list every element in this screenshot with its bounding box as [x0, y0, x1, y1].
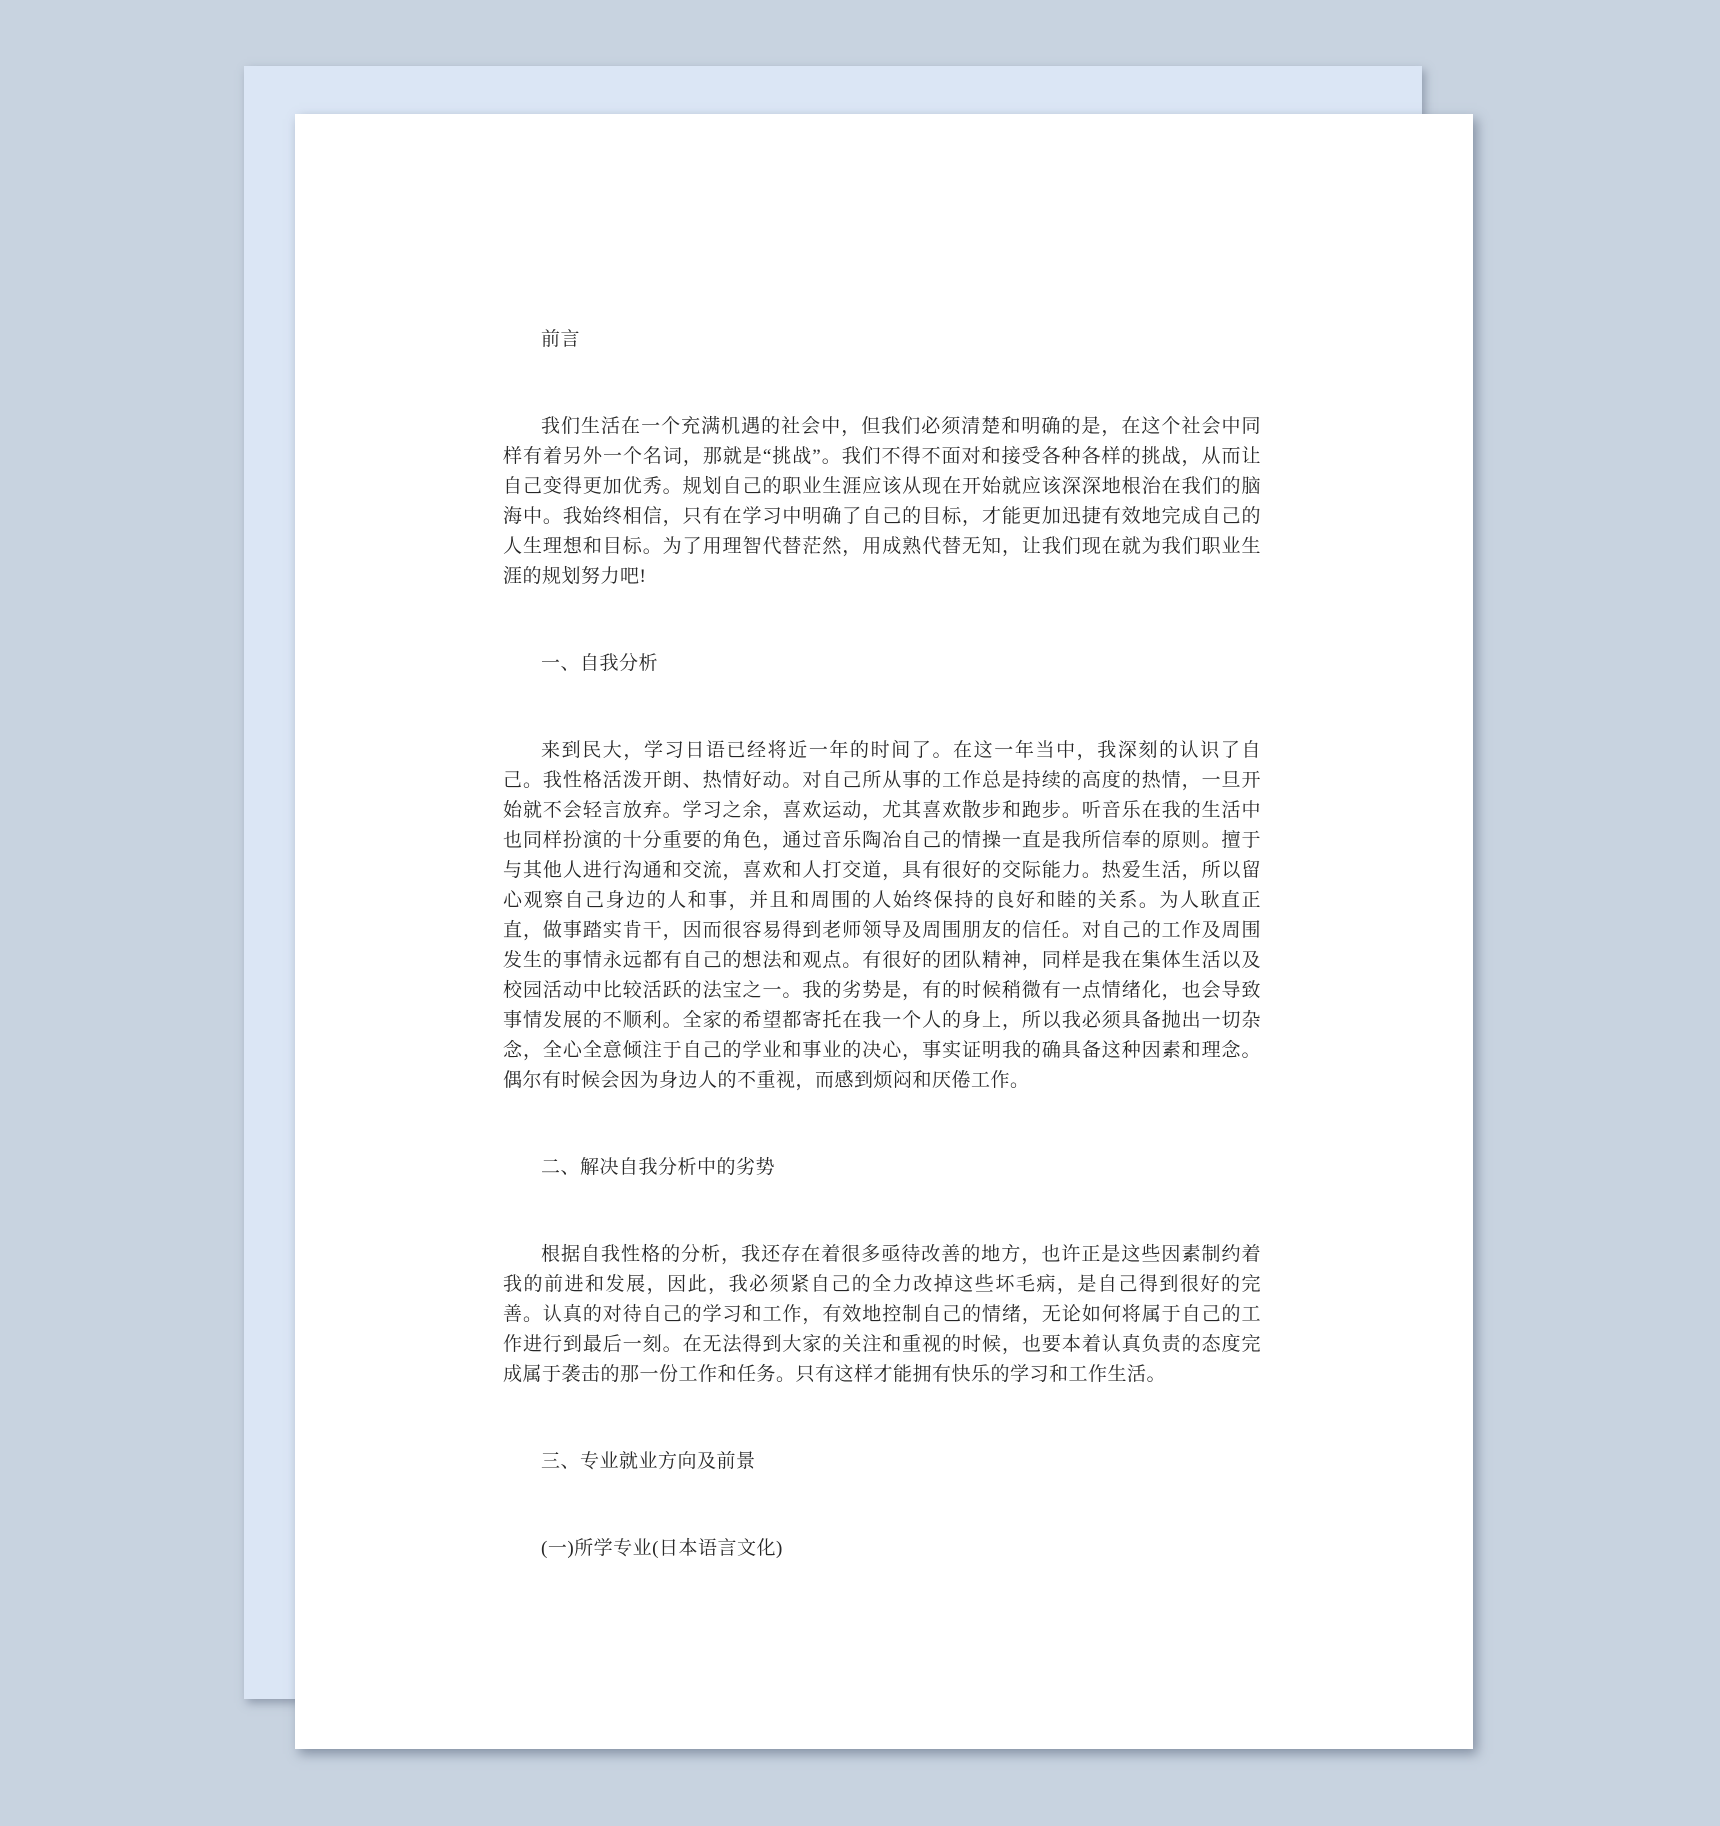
paragraph-preface: 我们生活在一个充满机遇的社会中，但我们必须清楚和明确的是，在这个社会中同样有着另…	[503, 412, 1261, 592]
desktop-background: 前言 我们生活在一个充满机遇的社会中，但我们必须清楚和明确的是，在这个社会中同样…	[0, 0, 1720, 1826]
document-page: 前言 我们生活在一个充满机遇的社会中，但我们必须清楚和明确的是，在这个社会中同样…	[295, 114, 1473, 1749]
document-content: 前言 我们生活在一个充满机遇的社会中，但我们必须清楚和明确的是，在这个社会中同样…	[503, 325, 1261, 1621]
heading-section-3-career-direction: 三、专业就业方向及前景	[503, 1447, 1261, 1477]
heading-preface: 前言	[503, 325, 1261, 355]
paragraph-solving-weaknesses: 根据自我性格的分析，我还存在着很多亟待改善的地方，也许正是这些因素制约着我的前进…	[503, 1240, 1261, 1390]
heading-section-1-self-analysis: 一、自我分析	[503, 649, 1261, 679]
heading-major-studied: (一)所学专业(日本语言文化)	[503, 1534, 1261, 1564]
heading-section-2-solving-weaknesses: 二、解决自我分析中的劣势	[503, 1153, 1261, 1183]
paragraph-self-analysis: 来到民大，学习日语已经将近一年的时间了。在这一年当中，我深刻的认识了自己。我性格…	[503, 736, 1261, 1096]
